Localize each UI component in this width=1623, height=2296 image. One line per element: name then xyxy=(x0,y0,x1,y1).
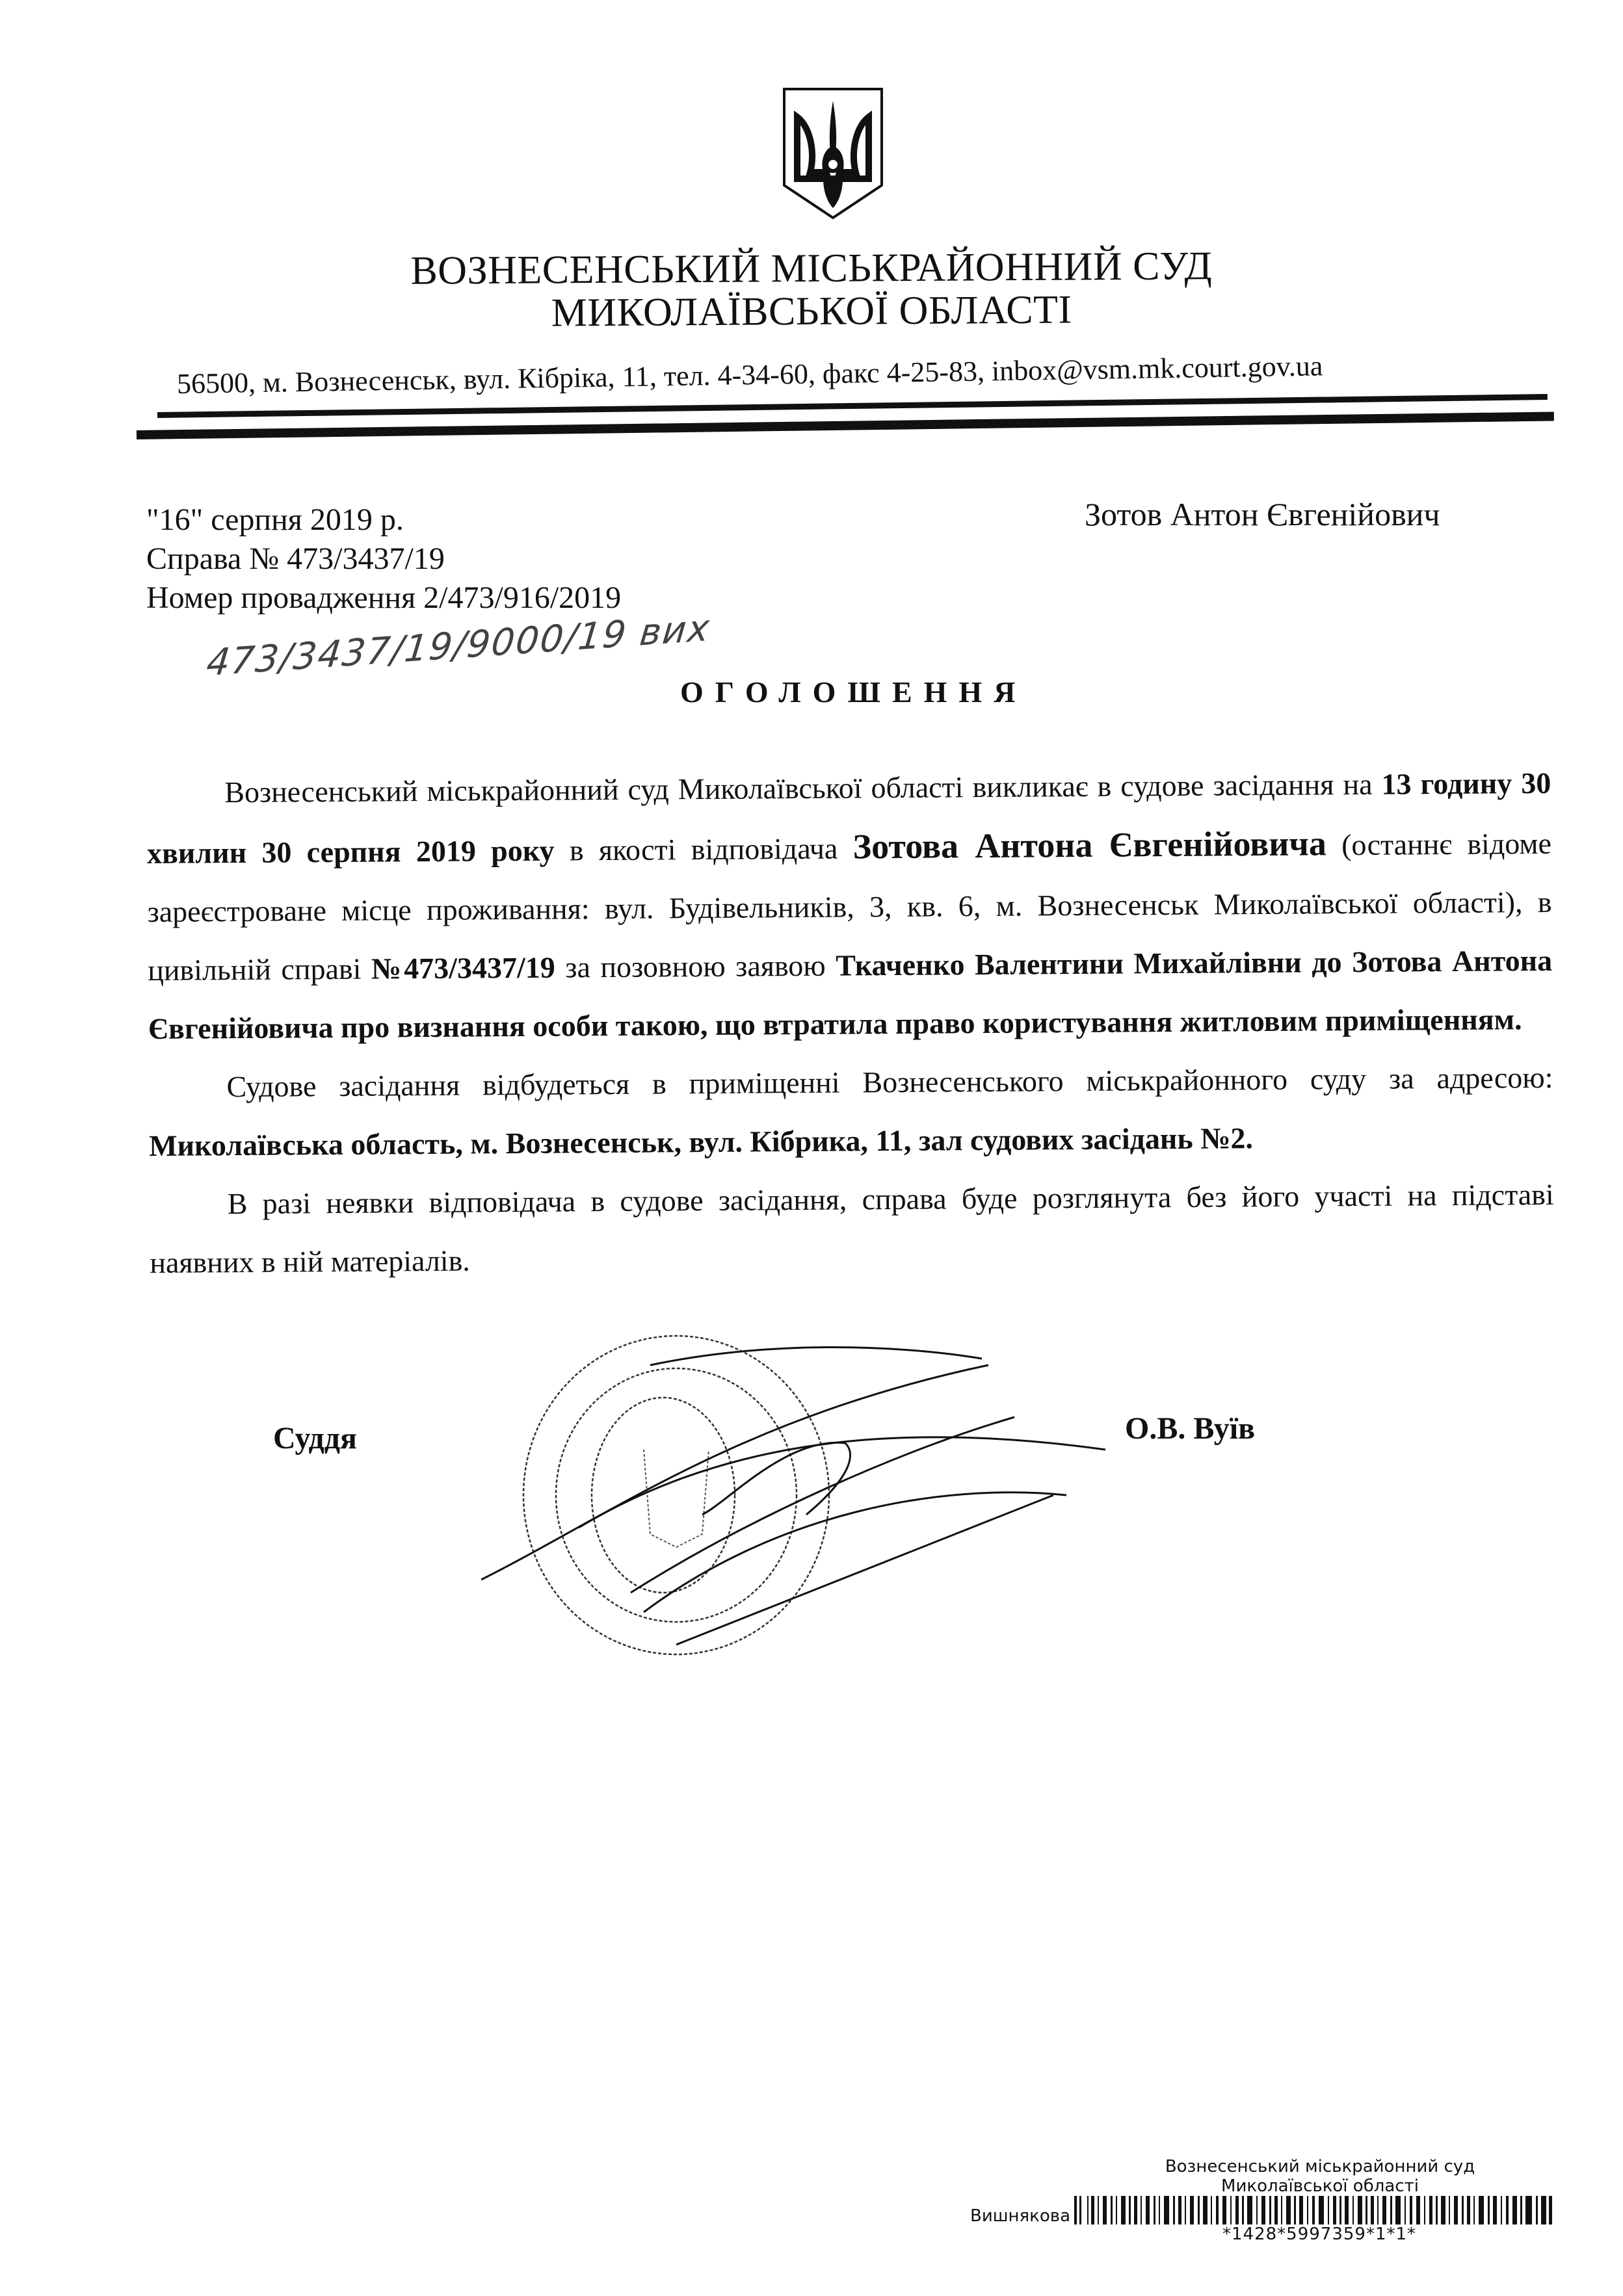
judge-label: Суддя xyxy=(273,1420,357,1456)
court-name-line2: МИКОЛАЇВСЬКОЇ ОБЛАСТІ xyxy=(0,285,1623,337)
barcode-icon xyxy=(1074,2196,1555,2224)
handwritten-outgoing-number: 473/3437/19/9000/19 вих xyxy=(205,607,713,685)
paragraph-location: Судове засідання відбудеться в приміщенн… xyxy=(148,1049,1553,1175)
document-date: "16" серпня 2019 р. xyxy=(146,501,621,540)
location-intro: Судове засідання відбудеться в приміщенн… xyxy=(226,1061,1553,1103)
recipient-name: Зотов Антон Євгенійович xyxy=(1085,495,1440,533)
trident-emblem-icon xyxy=(778,81,888,228)
announcement-title: ОГОЛОШЕННЯ xyxy=(680,675,1027,709)
announcement-body: Вознесенський міськрайонний суд Миколаїв… xyxy=(146,754,1555,1292)
proceeding-number: Номер провадження 2/473/916/2019 xyxy=(146,579,621,618)
paragraph-summons: Вознесенський міськрайонний суд Миколаїв… xyxy=(146,754,1553,1058)
defendant-role: в якості відповідача xyxy=(554,831,852,867)
summons-intro: Вознесенський міськрайонний суд Миколаїв… xyxy=(224,768,1382,809)
judge-name: О.В. Вуїв xyxy=(1125,1411,1255,1446)
defendant-name: Зотова Антона Євгенійовича xyxy=(852,824,1326,866)
clerk-name: Вишнякова xyxy=(970,2206,1070,2226)
document-meta: "16" серпня 2019 р. Справа № 473/3437/19… xyxy=(146,501,621,618)
court-seal-stamp-icon xyxy=(481,1320,1118,1684)
header-divider-thick xyxy=(137,411,1554,439)
registration-court: Вознесенський міськрайонний суд Миколаїв… xyxy=(1118,2157,1522,2196)
court-address: 56500, м. Вознесенськ, вул. Кібріка, 11,… xyxy=(177,349,1323,400)
claim-intro: за позовною заявою xyxy=(555,949,836,984)
paragraph-absence: В разі неявки відповідача в судове засід… xyxy=(149,1166,1554,1292)
court-name: ВОЗНЕСЕНСЬКИЙ МІСЬКРАЙОННИЙ СУД МИКОЛАЇВ… xyxy=(0,242,1623,337)
registration-court-line1: Вознесенський міськрайонний суд xyxy=(1118,2157,1522,2176)
hearing-location: Миколаївська область, м. Вознесенськ, ву… xyxy=(149,1121,1253,1162)
case-number: Справа № 473/3437/19 xyxy=(146,540,621,579)
barcode-number: *1428*5997359*1*1* xyxy=(1222,2224,1416,2244)
case-reference: №473/3437/19 xyxy=(371,951,555,985)
registration-court-line2: Миколаївської області xyxy=(1118,2176,1522,2196)
